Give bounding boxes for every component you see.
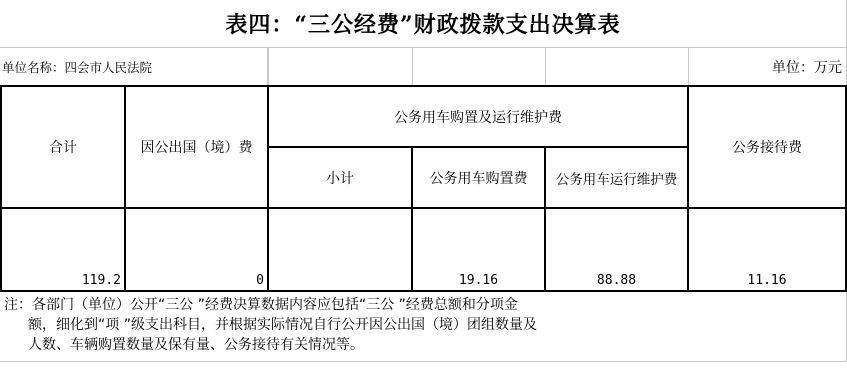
header-vehicle-operation: 公务用车运行维护费 — [546, 148, 687, 207]
footnote: 注：各部门（单位）公开“三公 ”经费决算数据内容应包括“三公 ”经费总额和分项金… — [0, 292, 847, 362]
table-title: 表四：“三公经费”财政拨款支出决算表 — [0, 0, 847, 48]
unit-label: 单位：万元 — [689, 48, 847, 86]
header-vehicle-subtotal: 小计 — [269, 148, 411, 207]
grid-line — [412, 48, 413, 86]
value-vehicle-purchase: 19.16 — [413, 209, 544, 290]
grid-line — [268, 48, 269, 86]
header-reception: 公务接待费 — [689, 87, 845, 207]
value-vehicle-subtotal — [269, 209, 411, 290]
org-name-label: 单位名称：四会市人民法院 — [0, 48, 268, 86]
footnote-line-3: 人数、车辆购置数量及保有量、公务接待有关情况等。 — [4, 335, 846, 355]
value-vehicle-operation: 88.88 — [546, 209, 687, 290]
header-vehicle-group: 公务用车购置及运行维护费 — [269, 87, 687, 146]
grid-line — [545, 48, 546, 86]
value-abroad: 0 — [126, 209, 267, 290]
header-vehicle-purchase: 公务用车购置费 — [413, 148, 544, 207]
footnote-line-1: 注：各部门（单位）公开“三公 ”经费决算数据内容应包括“三公 ”经费总额和分项金 — [4, 295, 846, 315]
value-reception: 11.16 — [689, 209, 845, 290]
header-abroad: 因公出国（境）费 — [126, 87, 267, 207]
header-total: 合计 — [2, 87, 124, 207]
value-total: 119.2 — [2, 209, 124, 290]
footnote-line-2: 额，细化到“项 ”级支出科目，并根据实际情况自行公开因公出国（境）团组数量及 — [4, 315, 846, 335]
